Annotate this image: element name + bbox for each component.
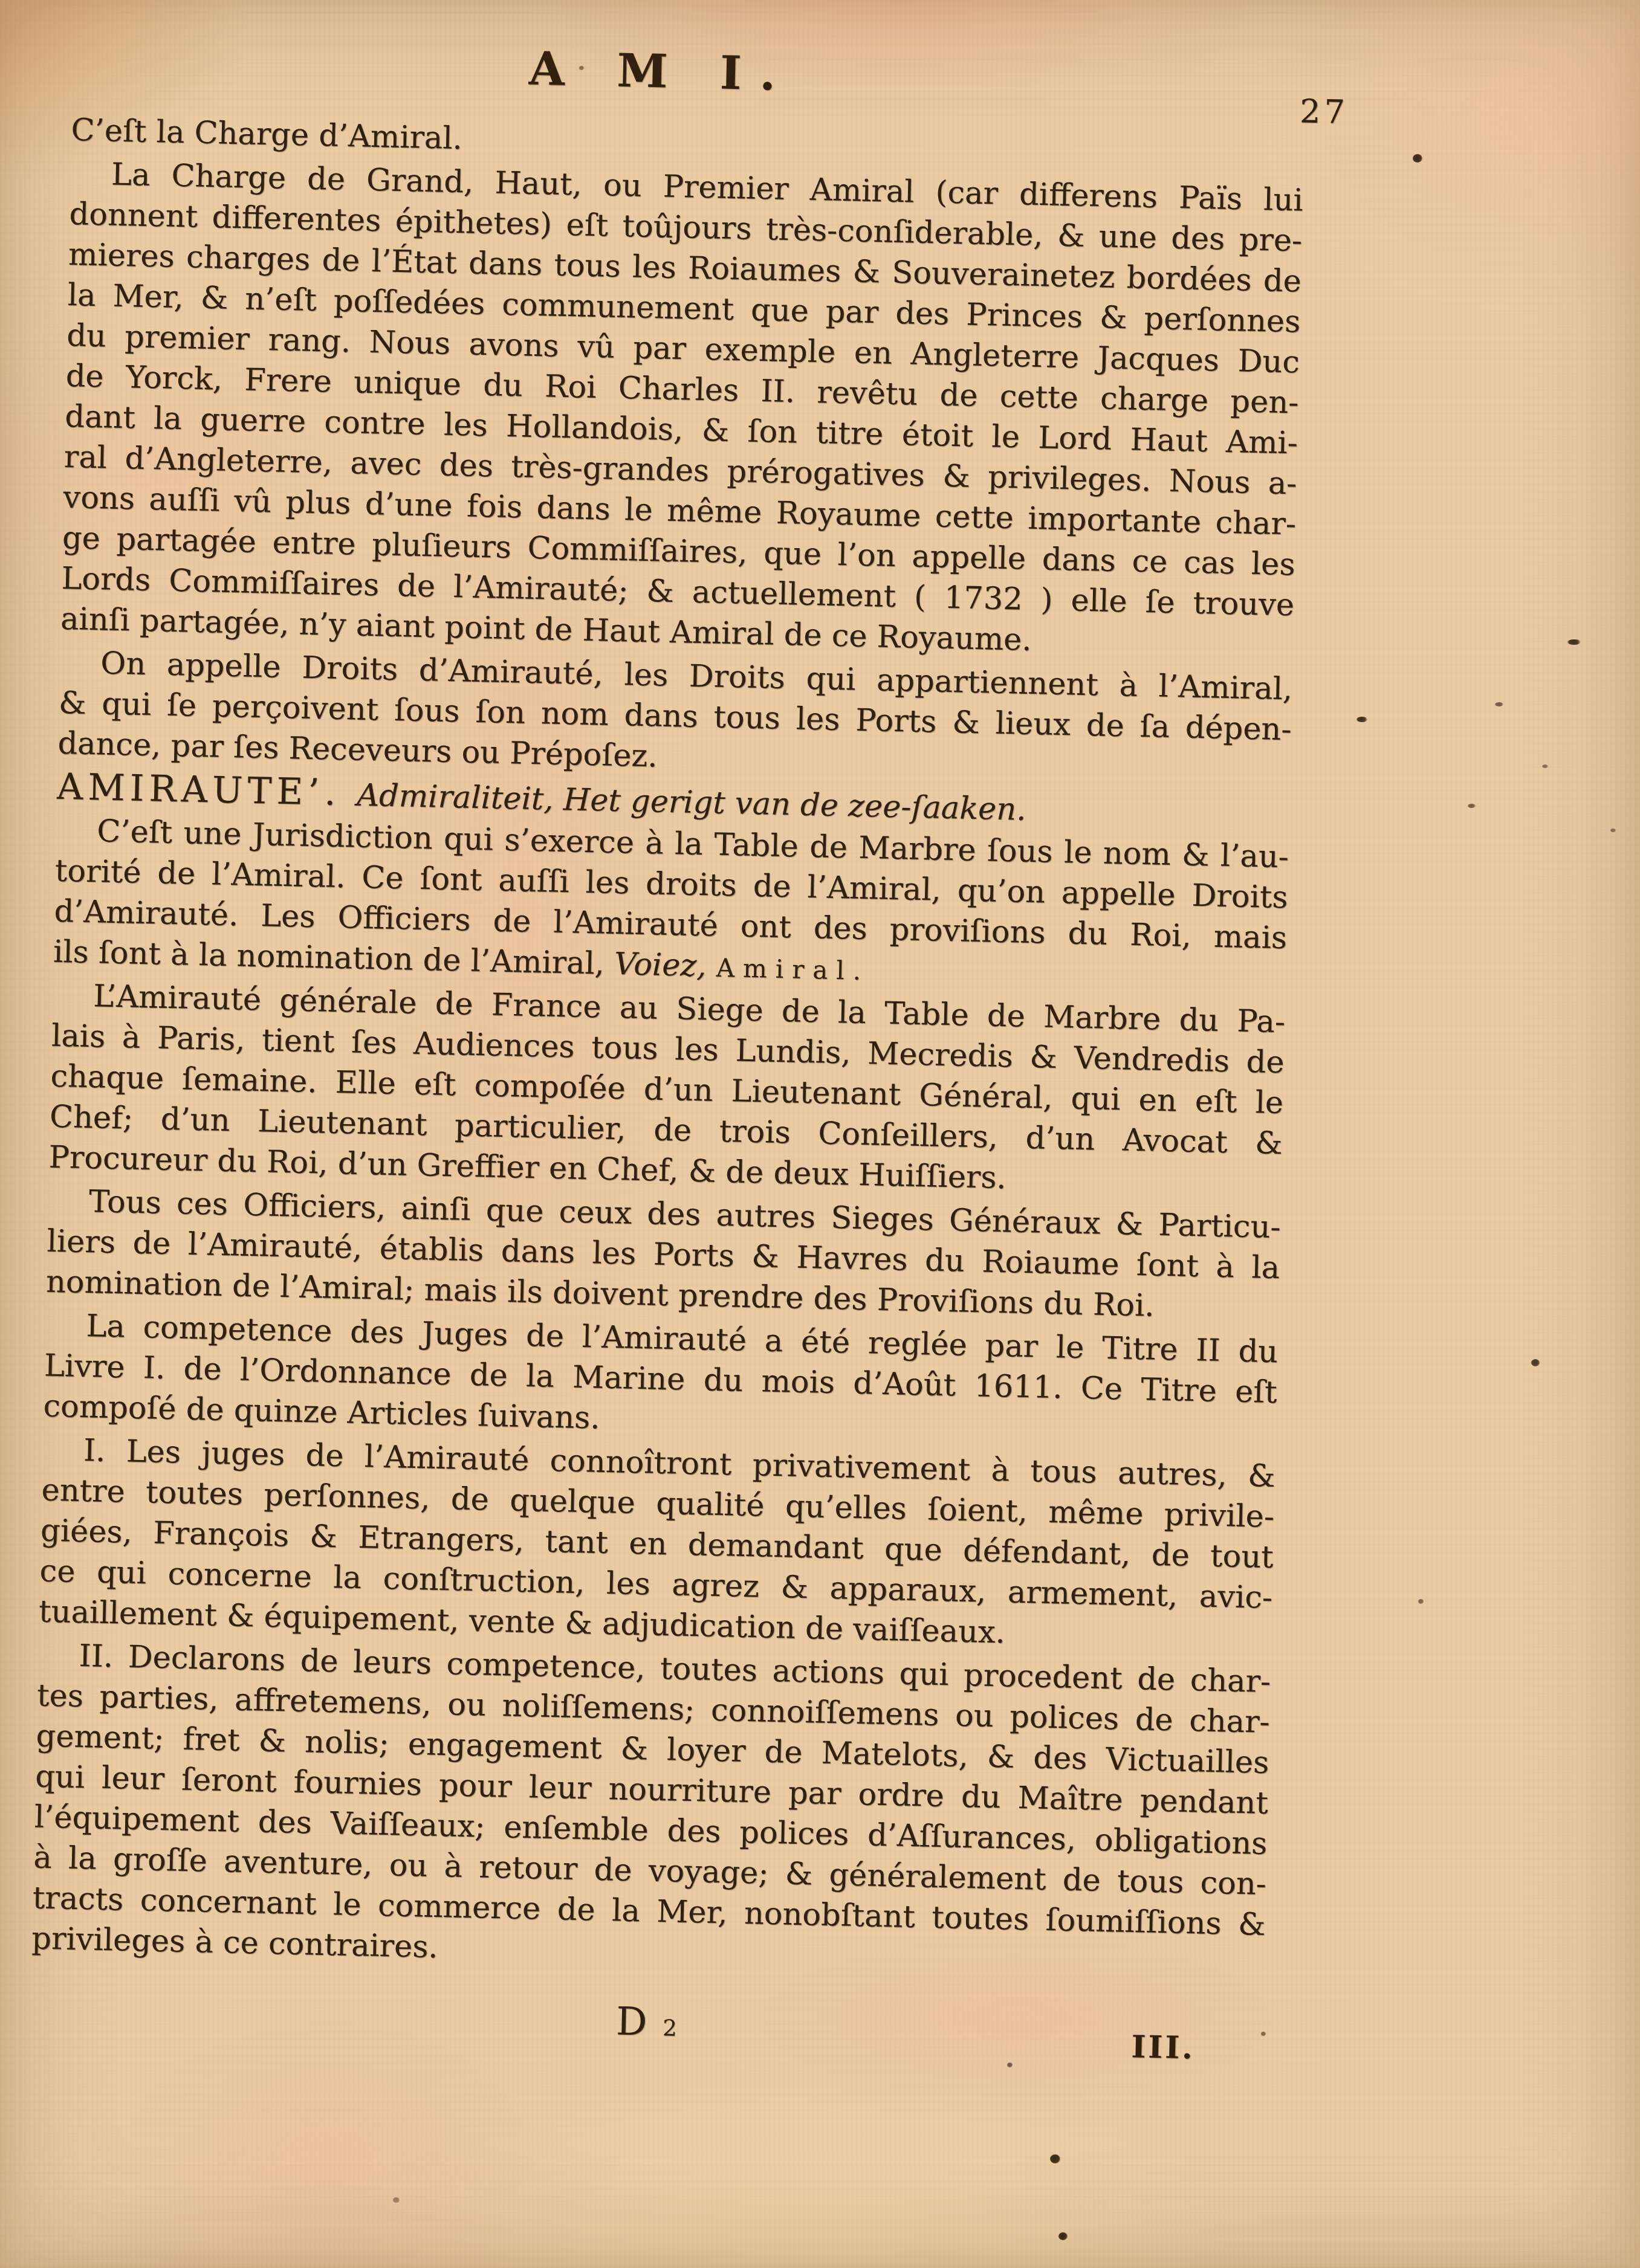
signature-number: 2 — [663, 2015, 677, 2041]
page-footer: D2 III. — [28, 1986, 1263, 2110]
page-number: 27 — [1299, 92, 1349, 131]
catchword: III. — [1131, 2029, 1196, 2066]
ink-speck — [1058, 2232, 1068, 2240]
signature-letter: D — [615, 2000, 647, 2045]
text-segment: Voiez, — [614, 946, 707, 984]
ink-speck — [1495, 702, 1503, 706]
paragraph: I. Les juges de l’Amirauté connoîtront p… — [38, 1430, 1275, 1659]
paragraph: C’eſt une Jurisdiction qui s’exerce à la… — [53, 810, 1289, 999]
ink-speck — [1356, 717, 1367, 722]
signature-mark: D2 — [30, 1986, 1263, 2058]
ink-speck — [393, 2197, 400, 2203]
scanned-book-page: A M I. 27 C’eſt la Charge d’Amiral.La Ch… — [0, 0, 1640, 2268]
paragraph: L’Amirauté générale de France au Siege d… — [48, 975, 1286, 1204]
text-segment: C’eſt la Charge d’Amiral. — [71, 112, 462, 157]
running-title: A M I. — [44, 31, 1278, 111]
ink-speck — [1610, 829, 1616, 832]
paragraph: La competence des Juges de l’Amirauté a … — [43, 1305, 1279, 1453]
paragraph: Tous ces Officiers, ainſi que ceux des a… — [45, 1181, 1281, 1329]
text-block-lines: C’eſt la Charge d’Amiral.La Charge de Gr… — [31, 110, 1305, 1986]
ink-speck — [1531, 1359, 1540, 1366]
text-segment: AMIRAUTE’. — [56, 767, 357, 815]
ink-speck — [1413, 154, 1422, 163]
paragraph: II. Declarons de leurs competence, toute… — [31, 1635, 1271, 1986]
text-segment — [706, 948, 717, 984]
ink-speck — [1418, 1599, 1424, 1604]
paragraph: On appelle Droits d’Amirauté, les Droits… — [57, 642, 1293, 790]
paragraph: La Charge de Grand, Haut, ou Premier Ami… — [60, 153, 1303, 666]
text-segment: privileges à ce contraires. — [31, 1921, 439, 1965]
text-segment: Amiral. — [716, 953, 870, 986]
ink-speck — [1050, 2154, 1060, 2163]
text-block: A M I. 27 C’eſt la Charge d’Amiral.La Ch… — [28, 31, 1306, 2110]
ink-speck — [1567, 639, 1581, 645]
ink-speck — [1542, 764, 1548, 768]
ink-speck — [1468, 804, 1476, 808]
